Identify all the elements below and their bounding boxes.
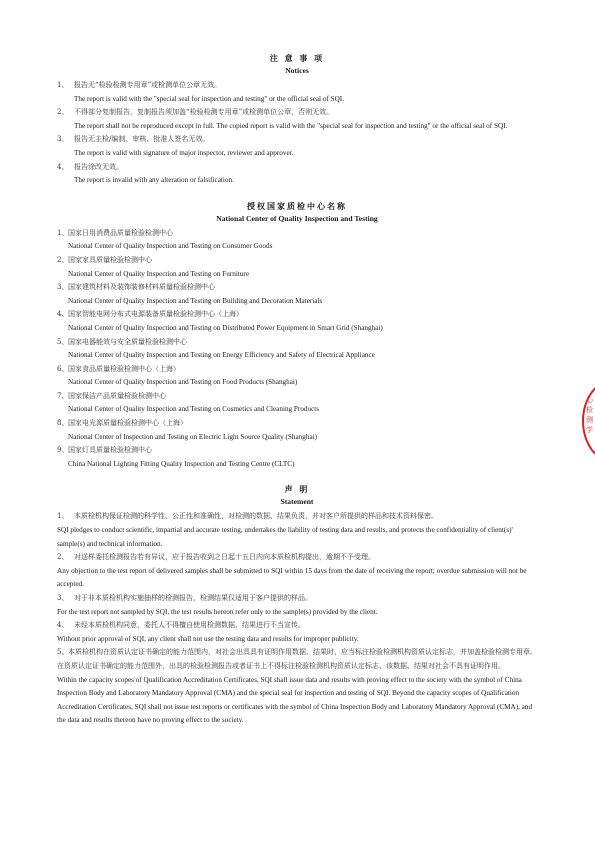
- notice-text-cn: 报告涂改无效。: [74, 163, 123, 171]
- center-item-6: 6、国家食品质量检验检测中心（上海） National Center of Qu…: [57, 363, 537, 390]
- statement-text-cn: 对送样委托检测报告若有异议，应于报告收到之日起十五日内向本质检机构提出，逾期不予…: [74, 553, 375, 561]
- notice-num: 2、: [57, 106, 74, 120]
- notice-text-cn: 报告无主检/编制、审核、批准人签名无效。: [74, 135, 209, 143]
- notice-item-2: 2、不得部分复制报告，复制报告须加盖“检验检测专用章”或检测单位公章，否则无效。…: [57, 106, 537, 133]
- statement-text-en: SQI pledges to conduct scientific, impar…: [57, 524, 537, 551]
- center-name-en: National Center of Quality Inspection an…: [57, 240, 537, 254]
- notice-text-en: The report is valid with signature of ma…: [57, 147, 537, 161]
- notice-text-cn: 报告无“检验检测专用章”或检测单位公章无效。: [74, 81, 221, 89]
- notices-section: 注 意 事 项 Notices 1、报告无“检验检测专用章”或检测单位公章无效。…: [57, 52, 537, 188]
- statement-num: 5、: [57, 646, 68, 660]
- center-num: 4、: [57, 308, 68, 322]
- center-name-en: National Center of Inspection and Testin…: [57, 431, 537, 445]
- notice-text-en: The report shall not be reproduced excep…: [57, 120, 537, 134]
- statement-num: 3、: [57, 592, 74, 606]
- statement-item-5: 5、本质检机构在资质认定证书确定的能力范围内，对社会出具具有证明作用数据、结果时…: [57, 646, 537, 728]
- statement-text-en: For the test report not sampled by SQI, …: [57, 606, 537, 620]
- center-name-cn: 国家灯具质量检验检测中心: [68, 446, 152, 454]
- notice-text-cn: 不得部分复制报告，复制报告须加盖“检验检测专用章”或检测单位公章，否则无效。: [74, 108, 333, 116]
- notice-text-en: The report is invalid with any alteratio…: [57, 174, 537, 188]
- center-name-cn: 国家建筑材料及装饰装修材料质量检验检测中心: [68, 283, 215, 291]
- statement-text-en: Without prior approval of SQI, any clien…: [57, 633, 537, 647]
- statement-num: 1、: [57, 510, 74, 524]
- statement-num: 2、: [57, 551, 74, 565]
- center-item-2: 2、国家家具质量检验检测中心 National Center of Qualit…: [57, 254, 537, 281]
- statement-text-cn: 本质检机构在资质认定证书确定的能力范围内，对社会出具具有证明作用数据、结果时，应…: [57, 648, 537, 670]
- center-name-cn: 国家电光源质量检验检测中心（上海）: [68, 419, 187, 427]
- center-num: 5、: [57, 336, 68, 350]
- center-name-cn: 国家食品质量检验检测中心（上海）: [68, 365, 180, 373]
- centers-title-cn: 授权国家质检中心名称: [57, 200, 537, 213]
- center-name-en: China National Lighting Fitting Quality …: [57, 458, 537, 472]
- center-num: 7、: [57, 390, 68, 404]
- statement-title-en: Statement: [57, 496, 537, 508]
- center-name-cn: 国家电器能效与安全质量检验检测中心: [68, 338, 187, 346]
- center-num: 8、: [57, 417, 68, 431]
- notice-item-3: 3、报告无主检/编制、审核、批准人签名无效。 The report is val…: [57, 133, 537, 160]
- center-item-5: 5、国家电器能效与安全质量检验检测中心 National Center of Q…: [57, 336, 537, 363]
- centers-section: 授权国家质检中心名称 National Center of Quality In…: [57, 200, 537, 472]
- statement-text-cn: 未经本质检机构同意，委托人不得擅自使用检测数据、结果进行不当宣传。: [74, 621, 305, 629]
- center-name-en: National Center of Quality Inspection an…: [57, 349, 537, 363]
- statement-text-en: Any objection to the test report of deli…: [57, 565, 537, 592]
- notice-item-4: 4、报告涂改无效。 The report is invalid with any…: [57, 161, 537, 188]
- center-item-9: 9、国家灯具质量检验检测中心 China National Lighting F…: [57, 444, 537, 471]
- center-name-en: National Center of Quality Inspection an…: [57, 376, 537, 390]
- notice-text-en: The report is valid with the "special se…: [57, 93, 537, 107]
- notice-num: 3、: [57, 133, 74, 147]
- center-name-cn: 国家家具质量检验检测中心: [68, 256, 152, 264]
- notice-item-1: 1、报告无“检验检测专用章”或检测单位公章无效。 The report is v…: [57, 79, 537, 106]
- seal-text: 心 检 测 学: [586, 395, 595, 435]
- statement-item-2: 2、对送样委托检测报告若有异议，应于报告收到之日起十五日内向本质检机构提出，逾期…: [57, 551, 537, 592]
- center-item-1: 1、国家日用消费品质量检验检测中心 National Center of Qua…: [57, 227, 537, 254]
- center-name-cn: 国家智能电网分布式电源装备质量检验检测中心（上海）: [68, 310, 243, 318]
- center-name-en: National Center of Quality Inspection an…: [57, 322, 537, 336]
- centers-title-en: National Center of Quality Inspection an…: [57, 213, 537, 225]
- center-item-8: 8、国家电光源质量检验检测中心（上海） National Center of I…: [57, 417, 537, 444]
- center-num: 9、: [57, 444, 68, 458]
- center-name-en: National Center of Quality Inspection an…: [57, 268, 537, 282]
- statement-text-en: Within the capacity scopes of Qualificat…: [57, 674, 537, 728]
- center-num: 3、: [57, 281, 68, 295]
- center-name-cn: 国家保洁产品质量检验检测中心: [68, 392, 166, 400]
- statement-section: 声 明 Statement 1、本质检机构保证检测的科学性、公正性和准确性，对检…: [57, 483, 537, 728]
- statement-item-3: 3、对于非本质检机构实施抽样的检测报告，检测结果仅适用于客户提供的样品。 For…: [57, 592, 537, 619]
- statement-title-cn: 声 明: [57, 483, 537, 496]
- center-name-cn: 国家日用消费品质量检验检测中心: [68, 229, 173, 237]
- statement-num: 4、: [57, 619, 74, 633]
- document-page: 注 意 事 项 Notices 1、报告无“检验检测专用章”或检测单位公章无效。…: [57, 52, 537, 728]
- notice-num: 1、: [57, 79, 74, 93]
- center-name-en: National Center of Quality Inspection an…: [57, 403, 537, 417]
- statement-text-cn: 对于非本质检机构实施抽样的检测报告，检测结果仅适用于客户提供的样品。: [74, 594, 312, 602]
- center-num: 2、: [57, 254, 68, 268]
- center-name-en: National Center of Quality Inspection an…: [57, 295, 537, 309]
- center-item-3: 3、国家建筑材料及装饰装修材料质量检验检测中心 National Center …: [57, 281, 537, 308]
- center-item-7: 7、国家保洁产品质量检验检测中心 National Center of Qual…: [57, 390, 537, 417]
- statement-text-cn: 本质检机构保证检测的科学性、公正性和准确性，对检测的数据、结果负责，并对客户所提…: [74, 512, 438, 520]
- statement-item-4: 4、未经本质检机构同意，委托人不得擅自使用检测数据、结果进行不当宣传。 With…: [57, 619, 537, 646]
- center-num: 6、: [57, 363, 68, 377]
- notice-num: 4、: [57, 161, 74, 175]
- center-num: 1、: [57, 227, 68, 241]
- statement-item-1: 1、本质检机构保证检测的科学性、公正性和准确性，对检测的数据、结果负责，并对客户…: [57, 510, 537, 551]
- notices-title-en: Notices: [57, 65, 537, 77]
- notices-title-cn: 注 意 事 项: [57, 52, 537, 65]
- center-item-4: 4、国家智能电网分布式电源装备质量检验检测中心（上海） National Cen…: [57, 308, 537, 335]
